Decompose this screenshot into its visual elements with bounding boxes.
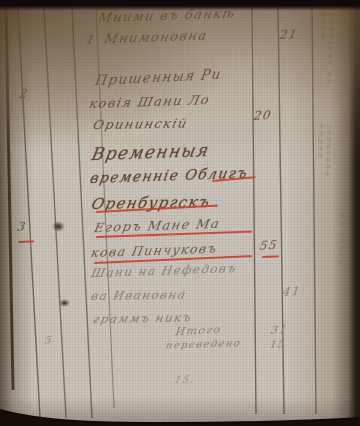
red-underline <box>212 176 256 182</box>
row-number-marker: 1 <box>85 33 97 47</box>
handwritten-line: Орининскій <box>92 116 190 133</box>
margin-note: по описи <box>336 214 347 300</box>
row-number-marker: 2 <box>18 87 30 101</box>
handwritten-line: переведено <box>165 338 243 352</box>
handwritten-line: Оренбургскъ <box>90 193 213 213</box>
amount-value: 15 <box>269 339 286 351</box>
handwriting-layer: Мними въ банкѣМнимоновнаПришенныя Рикові… <box>0 0 360 426</box>
handwritten-line: Шани на Нефедовъ <box>90 261 238 280</box>
handwritten-line: 15. <box>173 375 196 386</box>
amount-value: 21 <box>279 27 299 42</box>
red-underline <box>96 205 218 213</box>
handwritten-line: Временныя <box>90 141 212 165</box>
handwritten-line: кова Пинчуковъ <box>90 241 219 261</box>
handwritten-line: Егоръ Мане Ма <box>93 217 222 237</box>
handwritten-line: Итого <box>174 323 222 339</box>
archival-document-photo: Мними въ банкѣМнимоновнаПришенныя Рикові… <box>0 0 360 426</box>
amount-value: 41 <box>282 284 302 299</box>
handwritten-line: Мними въ банкѣ <box>97 6 237 26</box>
handwritten-line: ковія Шани Ло <box>88 93 212 112</box>
margin-note: проверено въ книгѣ <box>316 6 336 118</box>
handwritten-line: граммъ никъ <box>92 310 194 326</box>
handwritten-line: ва Ивановна <box>90 287 188 303</box>
red-underline <box>96 231 252 238</box>
red-underline <box>18 240 34 243</box>
column-rule-line <box>252 8 256 414</box>
red-underline <box>94 255 252 264</box>
handwritten-line: Мнимоновна <box>103 28 209 47</box>
column-rule-line <box>44 8 66 418</box>
column-rule-line <box>72 8 92 418</box>
amount-value: 55 <box>259 238 279 253</box>
column-rule-line <box>278 8 284 414</box>
column-rule-line <box>6 8 13 390</box>
amount-value: 20 <box>253 108 273 123</box>
column-rule-line <box>312 8 316 414</box>
ink-blot <box>59 299 70 307</box>
photo-vignette <box>0 0 360 426</box>
row-number-marker: 3 <box>16 220 28 234</box>
ledger-column-rules <box>0 0 360 426</box>
margin-note: записано вѣрно <box>314 124 333 213</box>
red-underline <box>262 255 279 258</box>
ink-blot <box>52 221 65 232</box>
page-bottom-edge <box>0 0 360 426</box>
row-number-marker: 5 <box>43 334 54 347</box>
handwritten-line: временніе Облигъ <box>89 165 250 187</box>
paper-texture <box>0 0 360 426</box>
column-rule-line <box>18 8 40 418</box>
amount-value: 31 <box>270 323 289 337</box>
column-rule-line <box>96 8 114 408</box>
handwritten-line: Пришенныя Ри <box>94 66 223 89</box>
